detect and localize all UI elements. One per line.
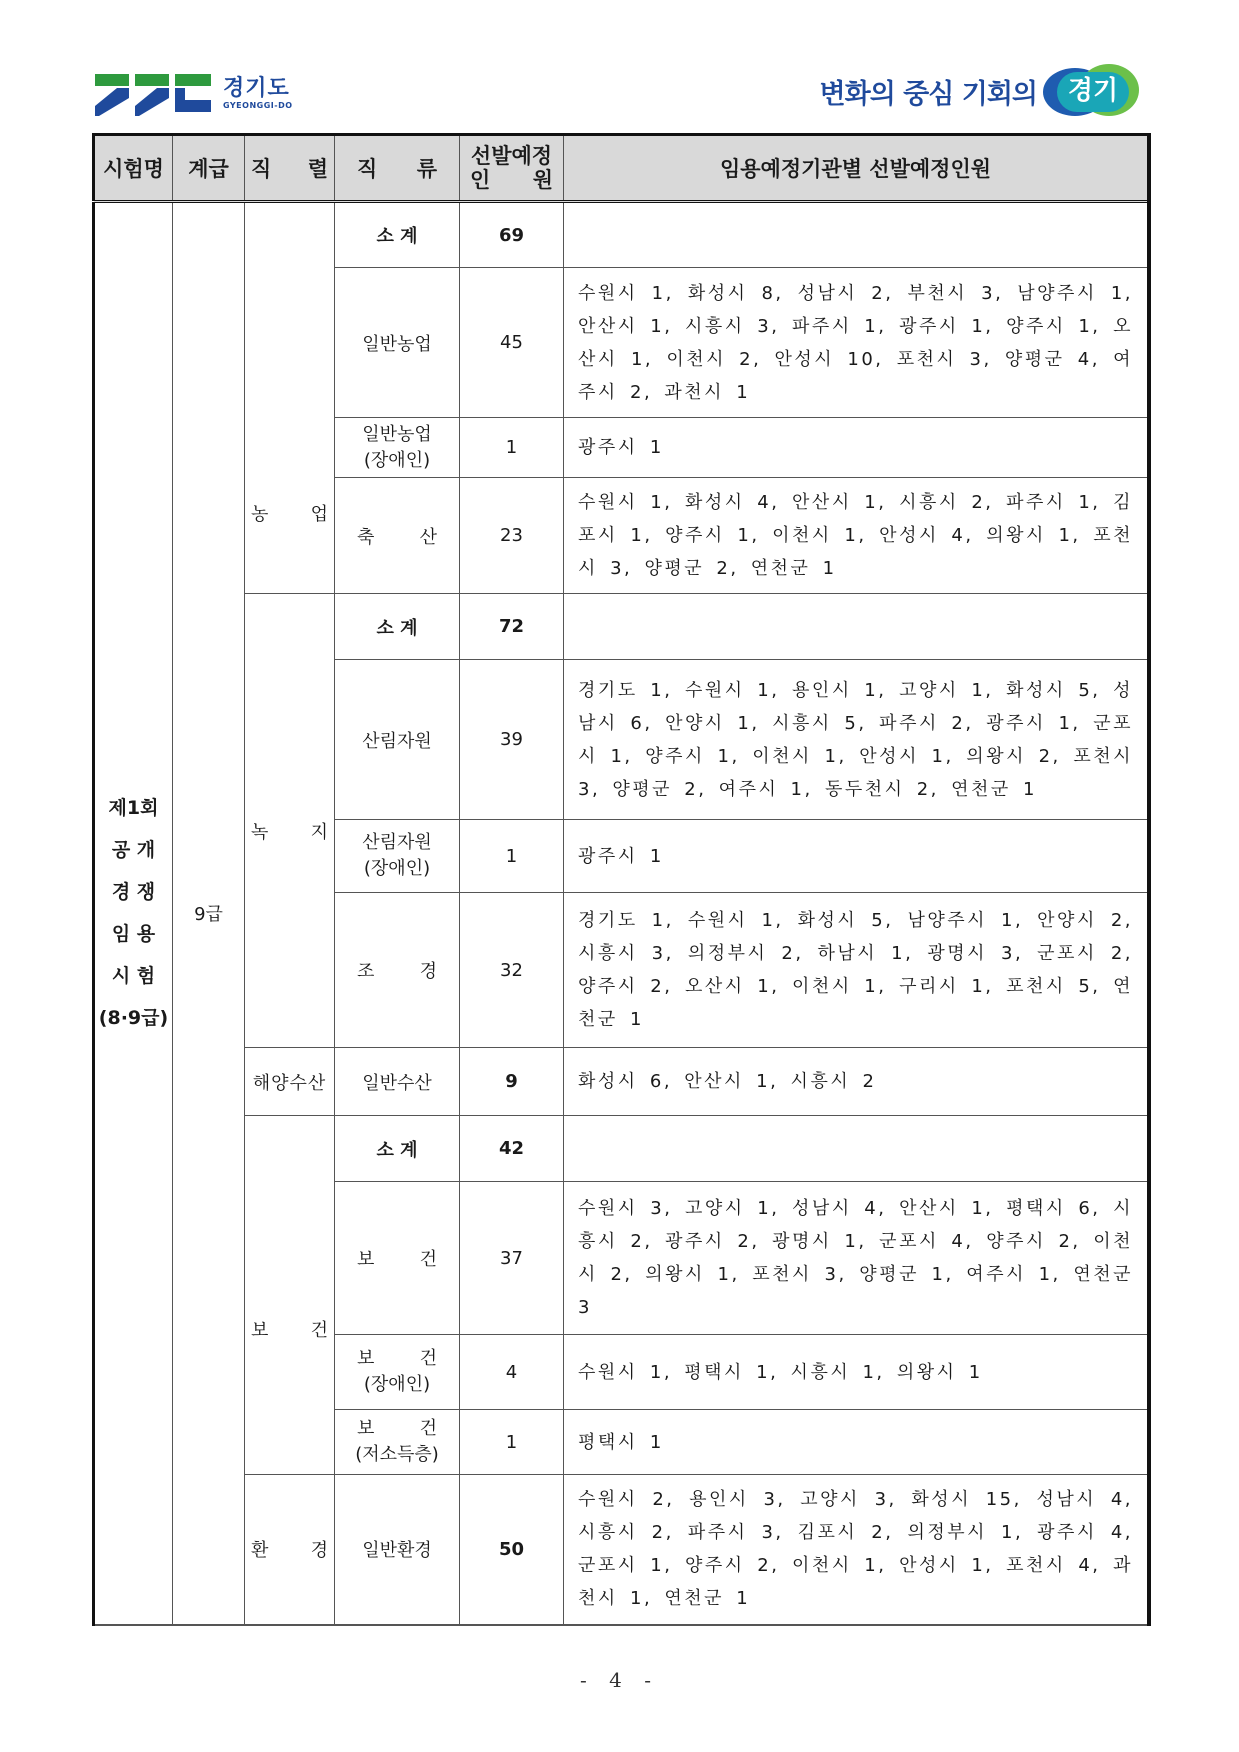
table-row: 환경 일반환경 50 수원시 2, 용인시 3, 고양시 3, 화성시 15, … — [94, 1475, 1150, 1625]
orgs-cell: 수원시 1, 평택시 1, 시흥시 1, 의왕시 1 — [564, 1335, 1150, 1410]
orgs-cell: 광주시 1 — [564, 820, 1150, 893]
type-cell: 일반환경 — [335, 1475, 460, 1625]
series-cell-agriculture: 농업 — [245, 202, 335, 594]
count-cell: 45 — [460, 268, 564, 418]
type-subtotal: 소 계 — [335, 202, 460, 268]
orgs-cell: 수원시 3, 고양시 1, 성남시 4, 안산시 1, 평택시 6, 시흥시 2… — [564, 1182, 1150, 1335]
slogan-text: 변화의 중심 기회의 — [820, 72, 1037, 111]
count-cell: 9 — [460, 1048, 564, 1116]
type-subtotal: 소 계 — [335, 1116, 460, 1182]
count-cell: 1 — [460, 418, 564, 478]
type-cell: 일반농업(장애인) — [335, 418, 460, 478]
col-header-series: 직렬 — [245, 135, 335, 202]
count-subtotal: 69 — [460, 202, 564, 268]
table-header-row: 시험명 계급 직렬 직류 선발예정 인원 임용예정기관별 선발예정인원 — [94, 135, 1150, 202]
orgs-cell: 경기도 1, 수원시 1, 용인시 1, 고양시 1, 화성시 5, 성남시 6… — [564, 660, 1150, 820]
badge-label: 경기 — [1043, 62, 1143, 120]
count-cell: 23 — [460, 478, 564, 594]
orgs-cell: 경기도 1, 수원시 1, 화성시 5, 남양주시 1, 안양시 2, 시흥시 … — [564, 893, 1150, 1048]
type-cell: 산림자원 — [335, 660, 460, 820]
type-subtotal: 소 계 — [335, 594, 460, 660]
page-number: - 4 - — [0, 1668, 1239, 1692]
type-cell: 일반농업 — [335, 268, 460, 418]
series-cell-health: 보건 — [245, 1116, 335, 1475]
orgs-cell: 수원시 1, 화성시 4, 안산시 1, 시흥시 2, 파주시 1, 김포시 1… — [564, 478, 1150, 594]
count-cell: 39 — [460, 660, 564, 820]
type-cell: 조경 — [335, 893, 460, 1048]
type-cell: 축산 — [335, 478, 460, 594]
type-cell: 일반수산 — [335, 1048, 460, 1116]
type-cell: 보건 — [335, 1182, 460, 1335]
count-cell: 37 — [460, 1182, 564, 1335]
count-subtotal: 72 — [460, 594, 564, 660]
orgs-cell: 수원시 2, 용인시 3, 고양시 3, 화성시 15, 성남시 4, 시흥시 … — [564, 1475, 1150, 1625]
series-cell-marine: 해양수산 — [245, 1048, 335, 1116]
type-cell: 보건 (장애인) — [335, 1335, 460, 1410]
orgs-cell — [564, 594, 1150, 660]
logo-korean-text: 경기도 — [223, 77, 293, 101]
orgs-cell: 화성시 6, 안산시 1, 시흥시 2 — [564, 1048, 1150, 1116]
series-cell-greenery: 녹지 — [245, 594, 335, 1048]
orgs-cell — [564, 1116, 1150, 1182]
exam-name-cell: 제1회 공 개 경 쟁 임 용 시 험 (8·9급) — [94, 202, 173, 1625]
count-cell: 50 — [460, 1475, 564, 1625]
count-subtotal: 42 — [460, 1116, 564, 1182]
col-header-orgs: 임용예정기관별 선발예정인원 — [564, 135, 1150, 202]
type-cell: 산림자원(장애인) — [335, 820, 460, 893]
table-row: 녹지 소 계 72 — [94, 594, 1150, 660]
series-cell-environment: 환경 — [245, 1475, 335, 1625]
table-row: 제1회 공 개 경 쟁 임 용 시 험 (8·9급) 9급 농업 소 계 69 — [94, 202, 1150, 268]
recruitment-table: 시험명 계급 직렬 직류 선발예정 인원 임용예정기관별 선발예정인원 제1회 … — [92, 133, 1151, 1626]
col-header-count: 선발예정 인원 — [460, 135, 564, 202]
table-row: 해양수산 일반수산 9 화성시 6, 안산시 1, 시흥시 2 — [94, 1048, 1150, 1116]
orgs-cell: 수원시 1, 화성시 8, 성남시 2, 부천시 3, 남양주시 1, 안산시 … — [564, 268, 1150, 418]
logo-english-text: GYEONGGI-DO — [223, 101, 293, 110]
grade-cell: 9급 — [173, 202, 245, 1625]
count-cell: 1 — [460, 1410, 564, 1475]
col-header-exam: 시험명 — [94, 135, 173, 202]
count-cell: 4 — [460, 1335, 564, 1410]
gyeonggi-badge-icon: 경기 — [1043, 62, 1143, 120]
orgs-cell: 광주시 1 — [564, 418, 1150, 478]
gyeonggi-logo: 경기도 GYEONGGI-DO — [95, 70, 293, 116]
orgs-cell: 평택시 1 — [564, 1410, 1150, 1475]
col-header-grade: 계급 — [173, 135, 245, 202]
col-header-type: 직류 — [335, 135, 460, 202]
count-cell: 1 — [460, 820, 564, 893]
type-cell: 보건 (저소득층) — [335, 1410, 460, 1475]
count-cell: 32 — [460, 893, 564, 1048]
gyeonggi-symbol-icon — [95, 72, 213, 114]
slogan-logo: 변화의 중심 기회의 경기 — [820, 62, 1143, 120]
table-row: 보건 소 계 42 — [94, 1116, 1150, 1182]
orgs-cell — [564, 202, 1150, 268]
